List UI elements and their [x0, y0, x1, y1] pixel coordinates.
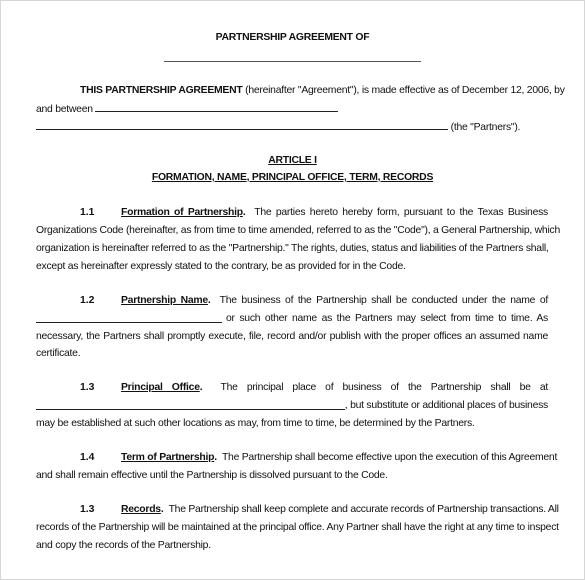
partner-1-blank [95, 101, 338, 112]
intro-lead: THIS PARTNERSHIP AGREEMENT [80, 85, 242, 96]
section-heading: Partnership Name [121, 295, 208, 306]
intro-and-between: and between [36, 104, 93, 115]
section-heading: Records [121, 504, 161, 515]
section-1-3-line-2: , but substitute or additional places of… [36, 399, 548, 412]
intro-line-2: and between [36, 101, 338, 116]
section-1-1-line-4: except as hereinafter expressly stated t… [36, 260, 406, 273]
intro-line-3: (the "Partners"). [36, 119, 520, 134]
section-1-1-line-3: organization is hereinafter referred to … [36, 242, 548, 255]
intro-line-1: THIS PARTNERSHIP AGREEMENT (hereinafter … [80, 84, 548, 97]
section-number: 1.3 [80, 503, 94, 516]
section-text: or such other name as the Partners may s… [226, 312, 548, 325]
partner-2-blank [36, 119, 448, 130]
section-records-line-1: Records. The Partnership shall keep comp… [121, 503, 548, 516]
section-number: 1.4 [80, 451, 94, 464]
section-1-4-line-1: Term of Partnership. The Partnership sha… [121, 451, 548, 464]
partnership-name-blank [36, 312, 222, 323]
section-records-line-2: records of the Partnership will be maint… [36, 521, 548, 534]
section-1-3-line-3: may be established at such other locatio… [36, 417, 475, 430]
section-1-1-line-1: Formation of Partnership. The parties he… [121, 206, 548, 219]
section-number: 1.1 [80, 206, 94, 219]
section-records-line-3: and copy the records of the Partnership. [36, 539, 211, 552]
section-1-1-line-2: Organizations Code (hereinafter, as from… [36, 224, 548, 237]
title-blank-line [164, 51, 421, 66]
section-text: The Partnership shall keep complete and … [169, 504, 559, 515]
section-text: The parties hereto hereby form, pursuant… [254, 207, 548, 218]
document-title: PARTNERSHIP AGREEMENT OF [1, 31, 584, 44]
section-heading: Principal Office [121, 382, 200, 393]
section-number: 1.3 [80, 381, 94, 394]
intro-partners: (the "Partners"). [451, 122, 521, 133]
section-1-2-line-1: Partnership Name. The business of the Pa… [121, 294, 548, 307]
section-1-2-line-2: or such other name as the Partners may s… [36, 312, 548, 325]
section-heading: Term of Partnership [121, 452, 214, 463]
section-1-3-line-1: Principal Office. The principal place of… [121, 381, 548, 394]
section-text: The business of the Partnership shall be… [220, 295, 548, 306]
section-1-2-line-3: necessary, the Partners shall promptly e… [36, 330, 548, 343]
section-text: The Partnership shall become effective u… [222, 452, 557, 463]
section-1-2-line-4: certificate. [36, 347, 80, 360]
article-number-text: ARTICLE I [268, 155, 317, 166]
section-1-4-line-2: and shall remain effective until the Par… [36, 469, 388, 482]
article-title-text: FORMATION, NAME, PRINCIPAL OFFICE, TERM,… [152, 172, 433, 183]
article-title: FORMATION, NAME, PRINCIPAL OFFICE, TERM,… [1, 171, 584, 184]
section-number: 1.2 [80, 294, 94, 307]
article-number: ARTICLE I [1, 154, 584, 167]
document-page: PARTNERSHIP AGREEMENT OF THIS PARTNERSHI… [0, 0, 585, 580]
section-text: , but substitute or additional places of… [345, 399, 548, 412]
section-text: The principal place of business of the P… [221, 382, 548, 393]
section-heading: Formation of Partnership [121, 207, 243, 218]
intro-rest: (hereinafter "Agreement"), is made effec… [242, 85, 564, 96]
principal-office-blank [36, 399, 345, 410]
